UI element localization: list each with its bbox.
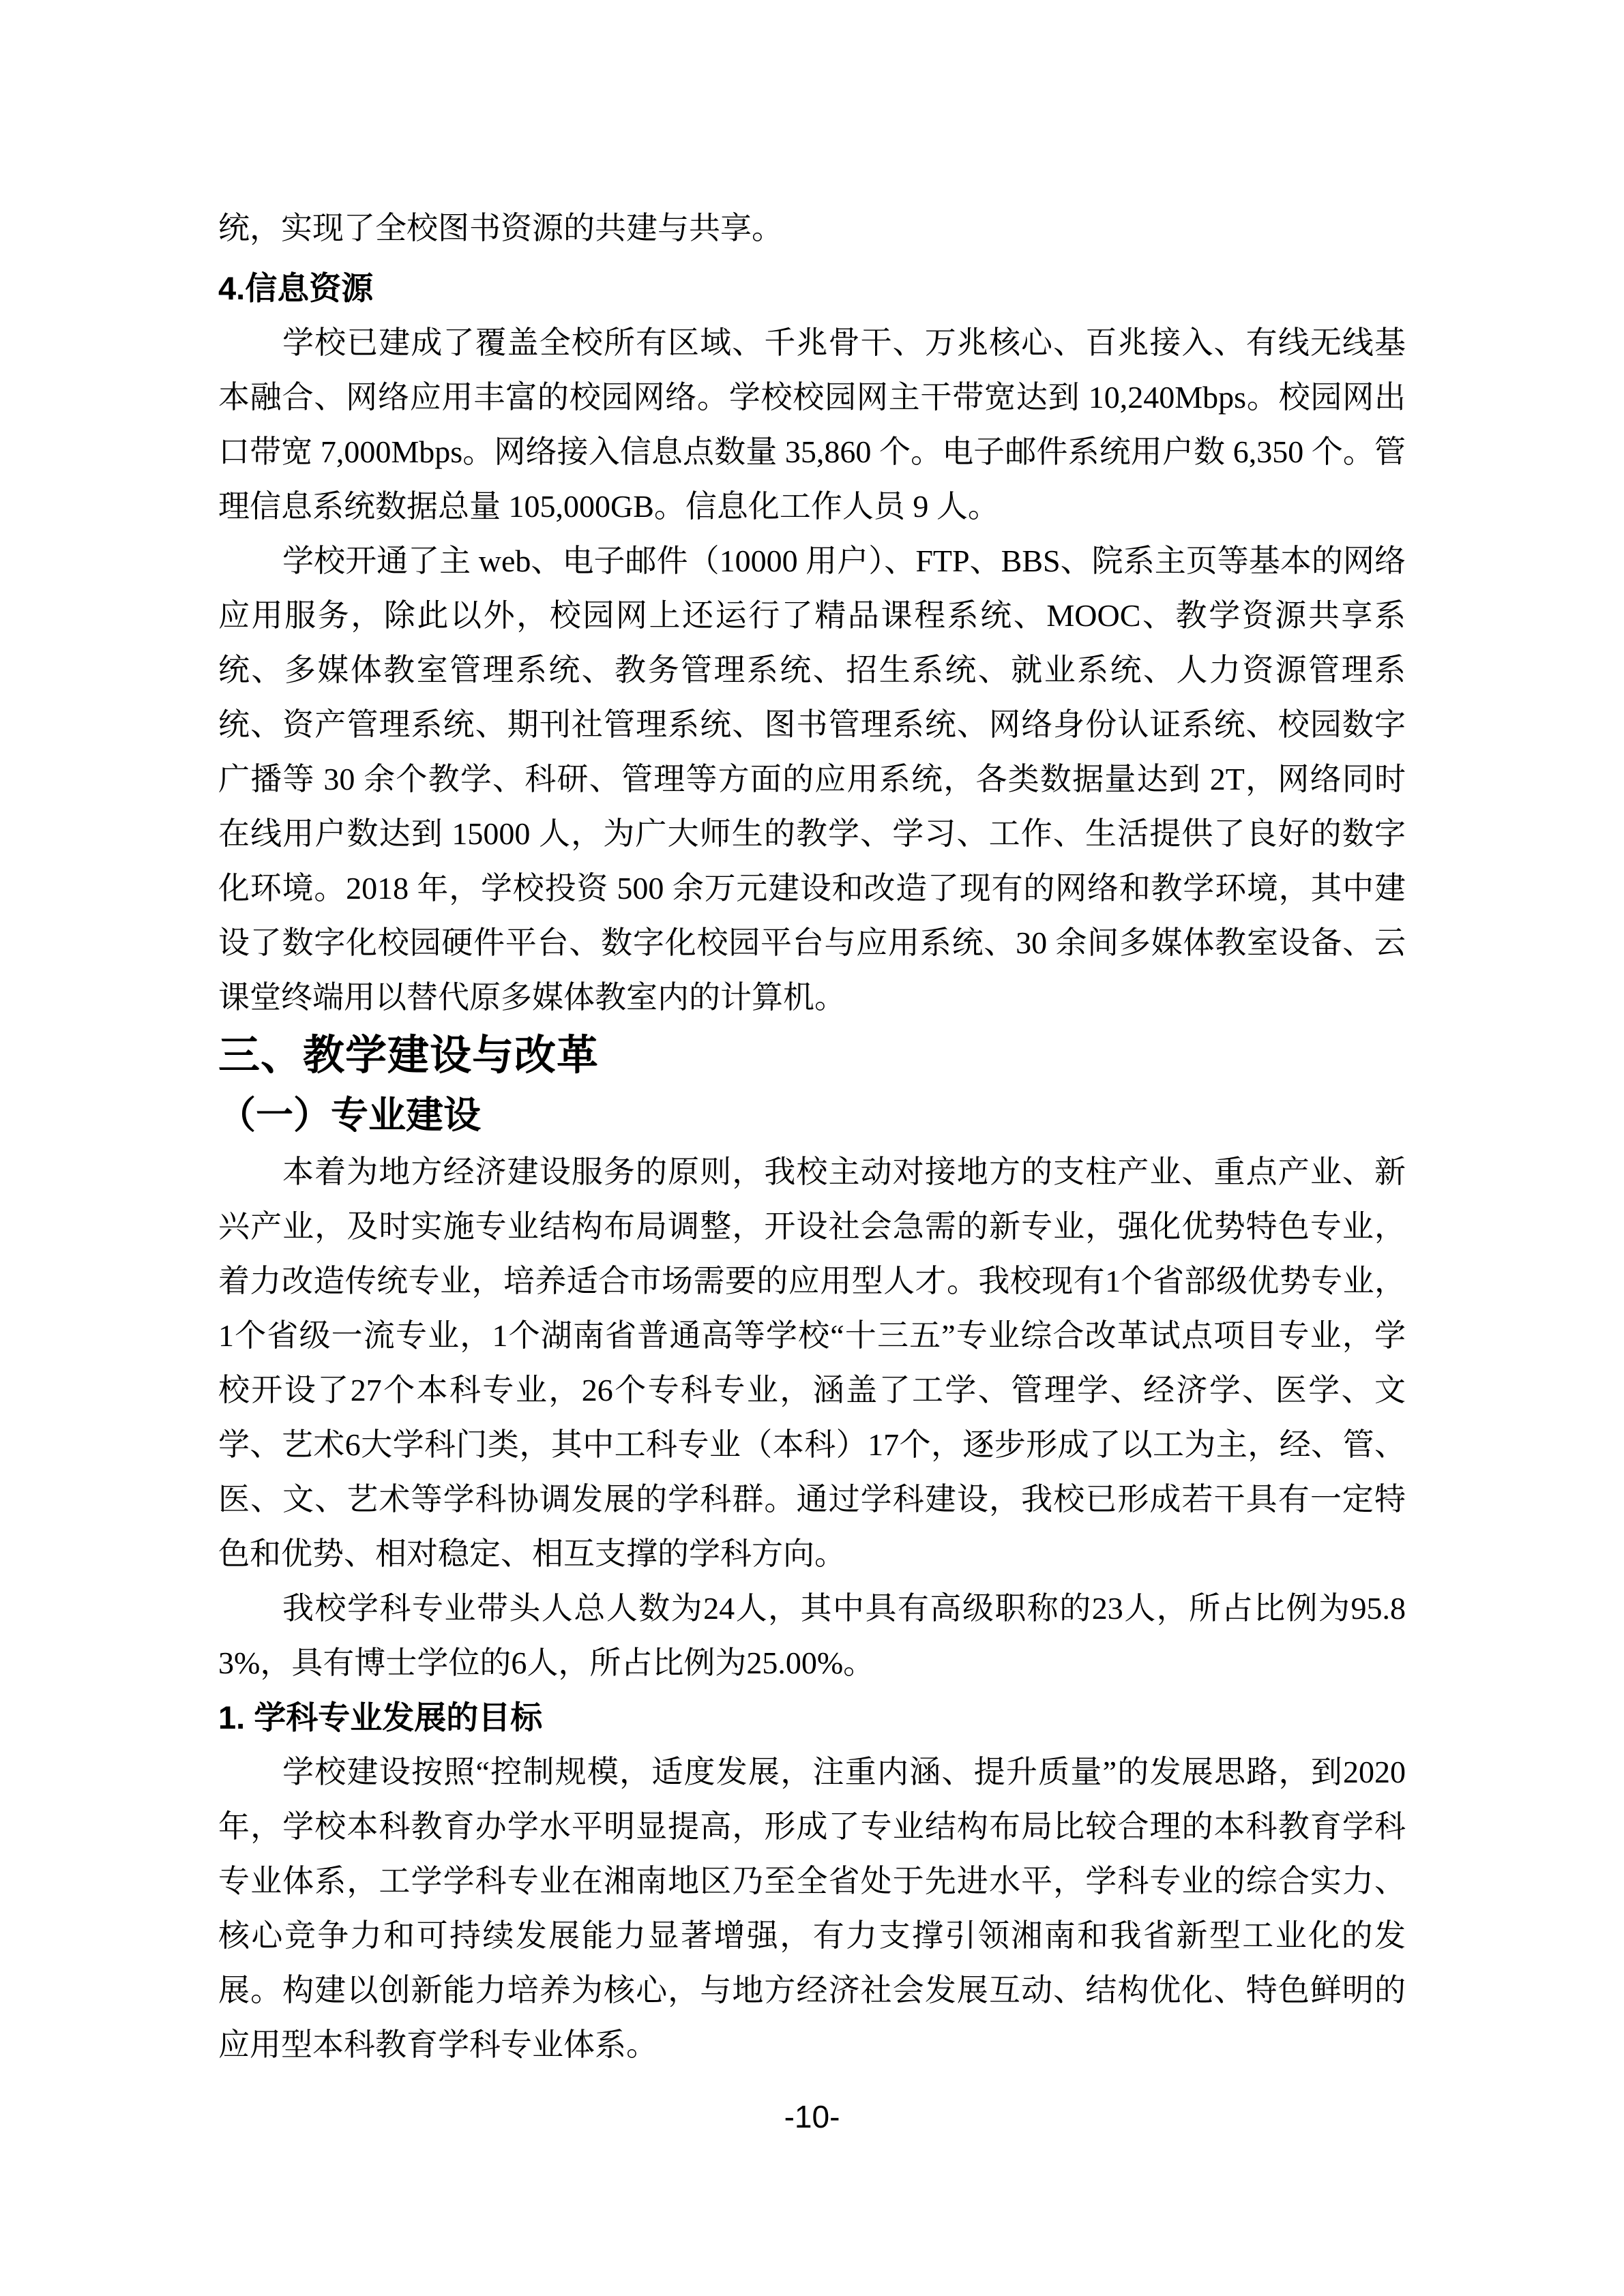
paragraph-campus-network: 学校已建成了覆盖全校所有区域、千兆骨干、万兆核心、百兆接入、有线无线基本融合、网… (218, 316, 1406, 534)
paragraph-network-services: 学校开通了主 web、电子邮件（10000 用户）、FTP、BBS、院系主页等基… (218, 534, 1406, 1025)
heading-subsection-major-construction: （一）专业建设 (218, 1085, 1406, 1145)
page-body: 统，实现了全校图书资源的共建与共享。 4.信息资源 学校已建成了覆盖全校所有区域… (218, 201, 1406, 2072)
heading-discipline-goal: 1. 学科专业发展的目标 (218, 1690, 1406, 1745)
heading-info-resources: 4.信息资源 (218, 261, 1406, 316)
paragraph-discipline-goal: 学校建设按照“控制规模，适度发展，注重内涵、提升质量”的发展思路，到2020年，… (218, 1745, 1406, 2072)
document-page: 统，实现了全校图书资源的共建与共享。 4.信息资源 学校已建成了覆盖全校所有区域… (0, 0, 1624, 2296)
heading-section-teaching-construction: 三、教学建设与改革 (218, 1025, 1406, 1085)
page-number: -10- (0, 2099, 1624, 2134)
paragraph-library-sharing-tail: 统，实现了全校图书资源的共建与共享。 (218, 201, 1406, 256)
paragraph-major-development: 本着为地方经济建设服务的原则，我校主动对接地方的支柱产业、重点产业、新兴产业，及… (218, 1145, 1406, 1581)
paragraph-discipline-leaders: 我校学科专业带头人总人数为24人，其中具有高级职称的23人，所占比例为95.83… (218, 1581, 1406, 1690)
